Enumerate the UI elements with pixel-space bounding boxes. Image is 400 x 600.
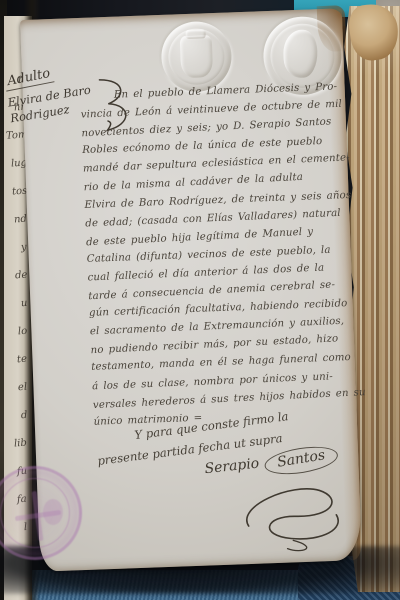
signature-given-name: Serapio — [204, 456, 260, 478]
crest-motif-icon — [180, 35, 214, 78]
manuscript-photo: mhnTomlugtosndydeuloteeldlibfufal Adulto… — [0, 0, 400, 600]
portrait-head-motif-icon — [283, 29, 319, 78]
stamp-shield-motif — [43, 499, 63, 525]
manuscript-body: En el pueblo de Llamera Diócesis y Pro-v… — [80, 78, 360, 433]
signature-rubric-flourish — [233, 476, 356, 558]
